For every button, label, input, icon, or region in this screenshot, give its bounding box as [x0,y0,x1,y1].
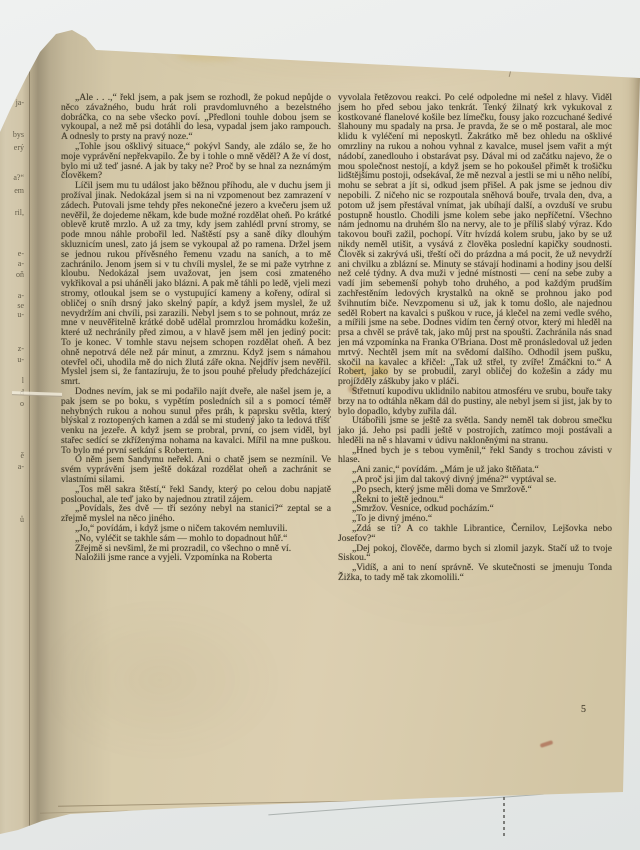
paragraph: Líčil jsem mu tu událost jako běžnou pří… [61,182,331,388]
page-bottom-edge [40,807,260,813]
paragraph: „Tohle jsou ošklivý situace,“ pokývl San… [61,143,331,182]
paragraph: „Hned bych je s tebou vyměnil,“ řekl San… [338,447,612,467]
margin-fragment: erý [0,144,25,152]
book-photo: iónůja-byserýa?“emril,e-a-oňa-seu-z-u-ld… [0,0,640,850]
paper-stain [540,740,554,748]
margin-fragment: a- [0,292,25,300]
margin-fragment: z- [0,345,25,353]
paragraph: „Zdá se ti? A co takhle Librantice, Čern… [338,525,612,545]
paragraph: Naložili jsme rance a vyjeli. Vzpomínka … [61,554,331,564]
text-column-left: „Ale . . .,“ řekl jsem, a pak jsem se ro… [61,94,331,584]
paragraph: „Tos měl sakra štěstí,“ řekl Sandy, kter… [61,486,331,506]
book-page: iónůja-byserýa?“emril,e-a-oňa-seu-z-u-ld… [0,0,640,850]
paragraph: O něm jsem Sandymu neřekl. Ani o chatě j… [61,456,331,485]
paragraph: Dodnes nevím, jak se mi podařilo najít d… [61,388,331,457]
paragraph: „Dej pokoj, člověče, darmo bych si zlomi… [338,545,612,565]
margin-fragment: bys [0,131,25,139]
margin-fragment: a- [0,260,25,268]
margin-fragment: ja- [0,99,25,107]
page-edge-mark [509,66,513,77]
paragraph: „Povídals, žes dvě — tři sezóny nebyl na… [61,505,331,525]
text-column-right: vyvolala řetězovou reakci. Po celé odpol… [338,94,612,584]
background-dashed-scratch [503,797,505,839]
previous-page-text-fragments: iónůja-byserýa?“emril,e-a-oňa-seu-z-u-ld… [0,0,26,850]
margin-fragment: ě [0,452,25,460]
paragraph: „Vidíš, a ani to není správně. Ve skuteč… [338,564,612,584]
margin-fragment: ů [0,516,25,524]
margin-fragment: em [0,187,25,195]
paragraph: „Ale . . .,“ řekl jsem, a pak jsem se ro… [61,94,331,143]
margin-fragment: oň [0,271,25,279]
paper-stain [176,48,240,61]
margin-fragment: se [0,302,25,310]
gutter-crease-line [29,30,30,830]
margin-fragment: ril, [0,209,25,217]
margin-fragment: iónů [0,66,25,74]
margin-fragment: e- [0,250,25,258]
margin-fragment: a?“ [0,174,25,182]
paragraph: Střetnutí kupodivu uklidnilo nabitou atm… [338,388,612,417]
paragraph: Utábořili jsme se ještě za světla. Sandy… [338,417,612,446]
margin-fragment: a- [0,463,25,471]
page-number: 5 [566,704,586,715]
margin-fragment: u- [0,356,25,364]
page-text: „Ale . . .,“ řekl jsem, a pak jsem se ro… [61,94,612,584]
margin-fragment: l [0,377,25,385]
margin-fragment: u- [0,311,25,319]
page-bottom-edge [58,796,624,806]
paragraph: vyvolala řetězovou reakci. Po celé odpol… [338,94,612,388]
margin-fragment: o [0,400,25,408]
